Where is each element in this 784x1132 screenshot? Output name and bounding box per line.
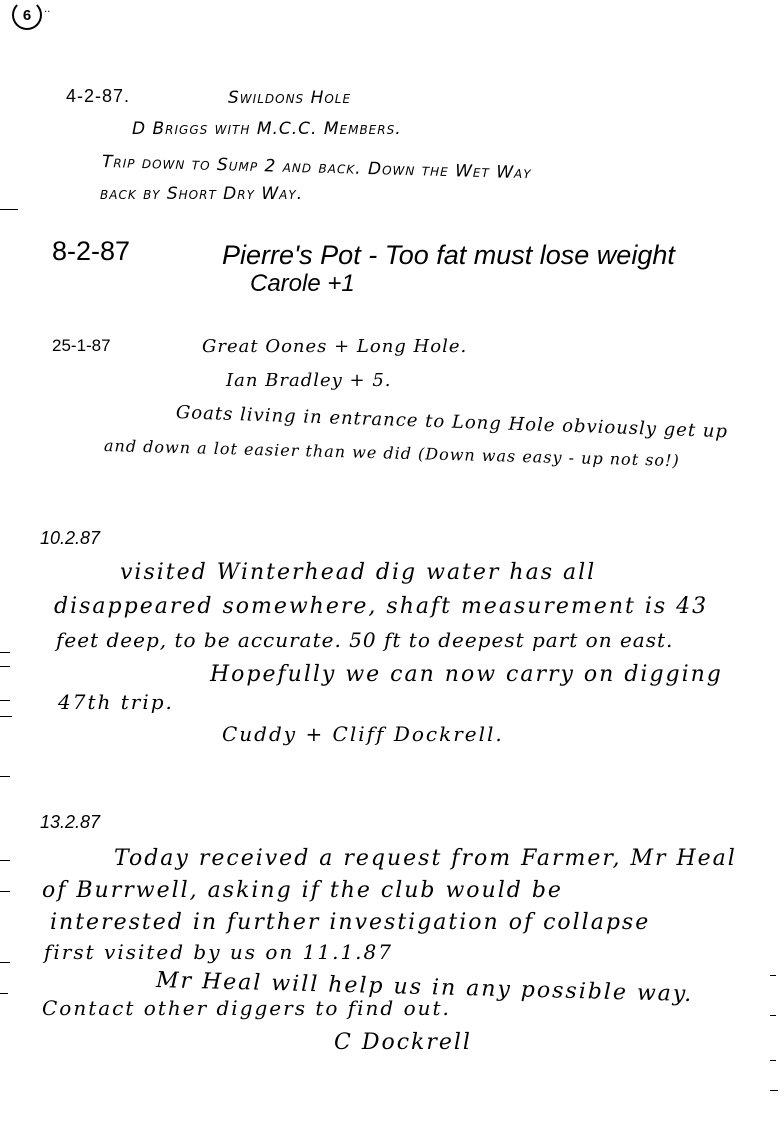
page-number-mark: .. [44,4,50,15]
entry-date: 13.2.87 [40,812,100,833]
entry-date: 8-2-87 [52,236,130,267]
page-number-text: 6 [23,7,31,24]
entry-line: feet deep, to be accurate. 50 ft to deep… [56,628,673,652]
entry-line: disappeared somewhere, shaft measurement… [54,594,708,619]
entry-line: interested in further investigation of c… [50,910,650,935]
margin-mark [0,209,18,210]
entry-line: and down a lot easier than we did (Down … [104,436,680,470]
page-number: 6 [12,0,42,30]
entry-line: Trip down to Sump 2 and back. Down the W… [102,152,532,183]
entry-date: 10.2.87 [40,528,100,549]
entry-signature: Cuddy + Cliff Dockrell. [222,722,504,746]
margin-mark [0,652,10,653]
entry-line: Today received a request from Farmer, Mr… [114,846,737,871]
margin-mark [0,962,10,963]
margin-mark [0,860,10,861]
margin-mark [770,975,776,976]
entry-line: 47th trip. [58,690,174,714]
margin-mark [770,1060,776,1061]
margin-mark [0,776,10,777]
margin-mark [0,891,10,892]
margin-mark [770,1015,776,1016]
entry-signature: C Dockrell [334,1030,472,1055]
entry-title: Great Oones + Long Hole. [202,336,467,357]
margin-mark [770,1090,778,1091]
entry-line: visited Winterhead dig water has all [120,560,596,585]
entry-line: first visited by us on 11.1.87 [44,940,393,964]
margin-mark [0,716,12,717]
entry-line: Goats living in entrance to Long Hole ob… [176,402,729,442]
entry-line: of Burrwell, asking if the club would be [42,878,563,903]
entry-line: back by Short Dry Way. [100,184,303,204]
entry-line: Carole +1 [250,270,355,298]
margin-mark [0,666,10,667]
entry-date: 4-2-87. [66,86,130,107]
margin-mark [0,700,10,701]
entry-line: Ian Bradley + 5. [226,370,392,391]
entry-title: Pierre's Pot - Too fat must lose weight [222,240,675,271]
entry-title: Swildons Hole [228,88,351,108]
entry-date: 25-1-87 [52,336,111,356]
margin-mark [0,993,8,994]
entry-line: Hopefully we can now carry on digging [210,662,723,687]
entry-line: D Briggs with M.C.C. Members. [132,119,402,139]
entry-line: Contact other diggers to find out. [42,996,451,1020]
